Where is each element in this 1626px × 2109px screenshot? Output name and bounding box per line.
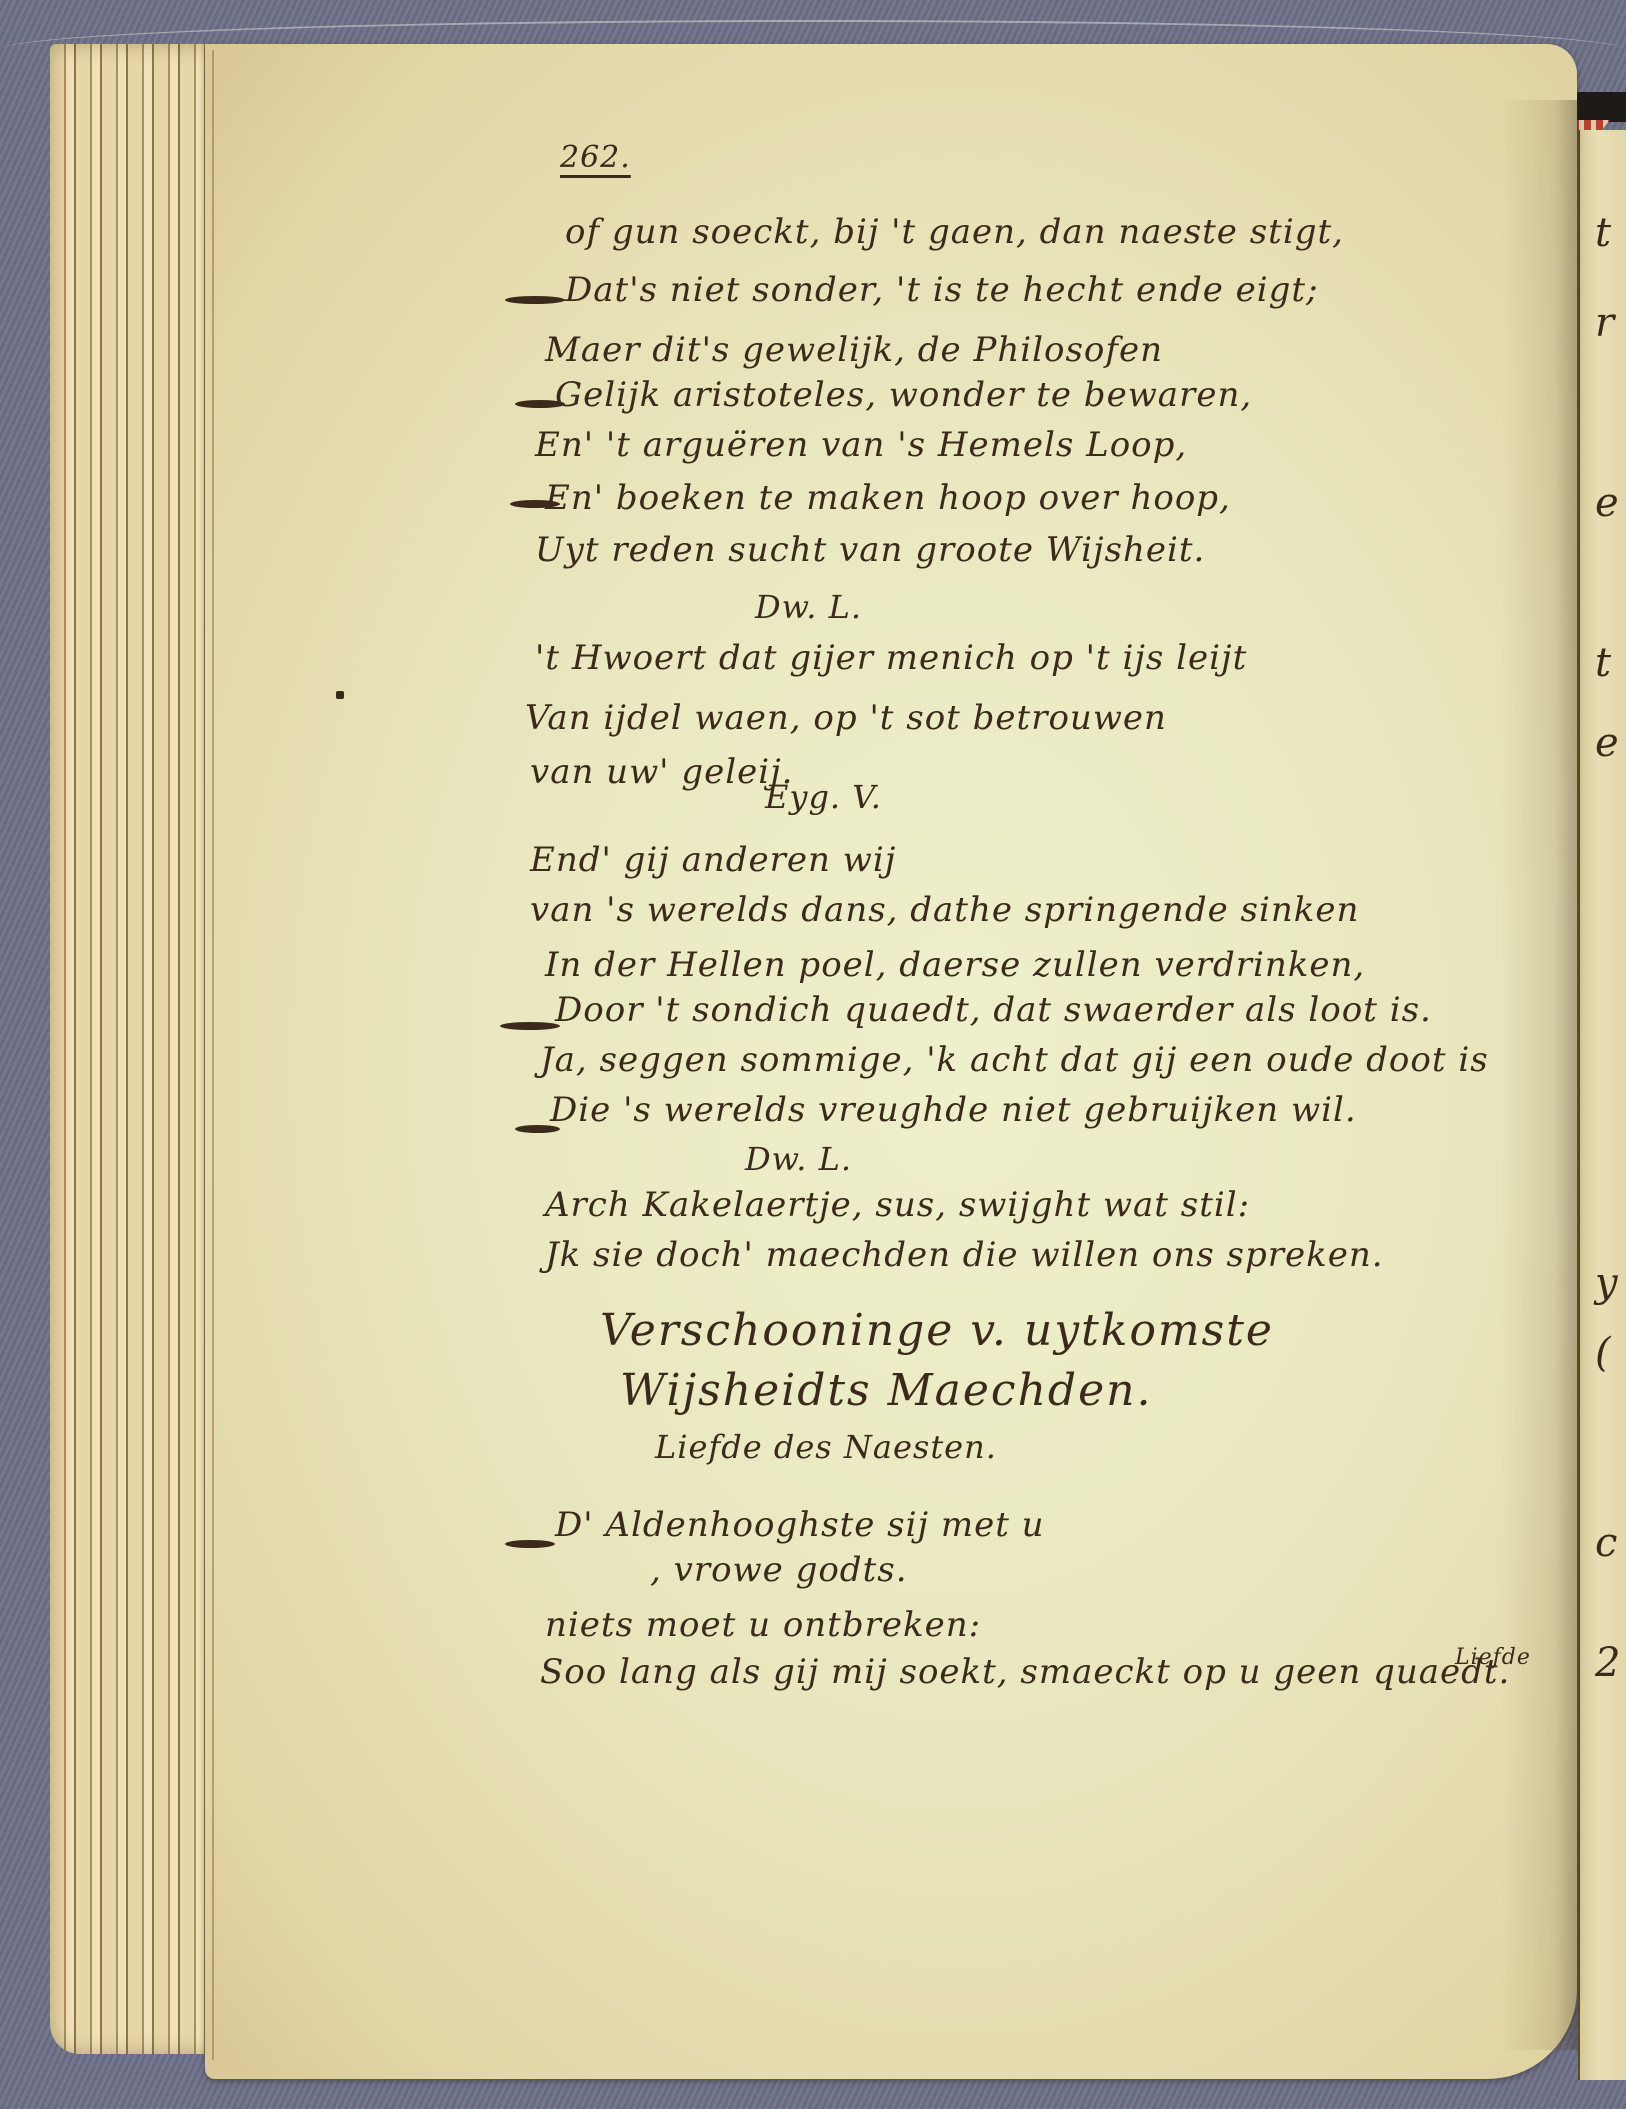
initial-flourish: [505, 1540, 555, 1548]
facing-page: [1578, 130, 1626, 2080]
manuscript-line: Maer dit's gewelijk, de Philosofen: [545, 330, 1163, 370]
facing-page-glyph: e: [1595, 720, 1619, 766]
page-stack-edges: [50, 44, 220, 2054]
manuscript-line: Van ijdel waen, op 't sot betrouwen: [525, 698, 1167, 738]
initial-flourish: [500, 1022, 560, 1030]
margin-rule: [212, 50, 214, 2060]
facing-page-glyph: r: [1595, 300, 1614, 346]
manuscript-line: End' gij anderen wij: [530, 840, 896, 880]
manuscript-line: Ja, seggen sommige, 'k acht dat gij een …: [540, 1040, 1489, 1080]
speaker-label: Dw. L.: [755, 588, 862, 626]
facing-page-glyph: e: [1595, 480, 1619, 526]
section-title: Verschooninge v. uytkomste: [600, 1305, 1274, 1356]
facing-page-glyph: y: [1595, 1260, 1618, 1306]
manuscript-line: En' boeken te maken hoop over hoop,: [545, 478, 1231, 518]
manuscript-line: van 's werelds dans, dathe springende si…: [530, 890, 1359, 930]
manuscript-line: Arch Kakelaertje, sus, swijght wat stil:: [545, 1185, 1250, 1225]
manuscript-line: Jk sie doch' maechden die willen ons spr…: [545, 1235, 1384, 1275]
manuscript-line: D' Aldenhooghste sij met u: [555, 1505, 1045, 1545]
manuscript-line: Soo lang als gij mij soekt, smaeckt op u…: [540, 1652, 1510, 1692]
manuscript-line: , vrowe godts.: [650, 1550, 908, 1590]
margin-note: Liefde: [1455, 1645, 1531, 1670]
manuscript-line: Dat's niet sonder, 't is te hecht ende e…: [565, 270, 1319, 310]
facing-page-glyph: t: [1595, 210, 1611, 256]
facing-page-glyph: t: [1595, 640, 1611, 686]
speaker-label: Dw. L.: [745, 1140, 852, 1178]
facing-page-glyph: (: [1595, 1330, 1611, 1376]
page-number: 262.: [560, 140, 631, 175]
facing-page-glyph: 2: [1595, 1640, 1620, 1686]
initial-flourish: [505, 296, 565, 304]
manuscript-line: van uw' geleij.: [530, 752, 793, 792]
manuscript-line: Uyt reden sucht van groote Wijsheit.: [535, 530, 1205, 570]
manuscript-line: niets moet u ontbreken:: [545, 1605, 981, 1645]
manuscript-line: En' 't arguëren van 's Hemels Loop,: [535, 425, 1187, 465]
manuscript-line: Die 's werelds vreughde niet gebruijken …: [550, 1090, 1357, 1130]
section-heading: Liefde des Naesten.: [655, 1428, 997, 1466]
facing-page-glyph: c: [1595, 1520, 1617, 1566]
gutter-shadow: [1500, 100, 1578, 2050]
manuscript-line: Door 't sondich quaedt, dat swaerder als…: [555, 990, 1432, 1030]
manuscript-line: Gelijk aristoteles, wonder te bewaren,: [555, 375, 1252, 415]
manuscript-line: of gun soeckt, bij 't gaen, dan naeste s…: [565, 212, 1344, 252]
section-title: Wijsheidts Maechden.: [620, 1365, 1152, 1416]
manuscript-line: 't Hwoert dat gijer menich op 't ijs lei…: [535, 638, 1247, 678]
speaker-label: Eyg. V.: [765, 778, 882, 816]
ink-spot: [336, 691, 344, 699]
manuscript-line: In der Hellen poel, daerse zullen verdri…: [545, 945, 1365, 985]
